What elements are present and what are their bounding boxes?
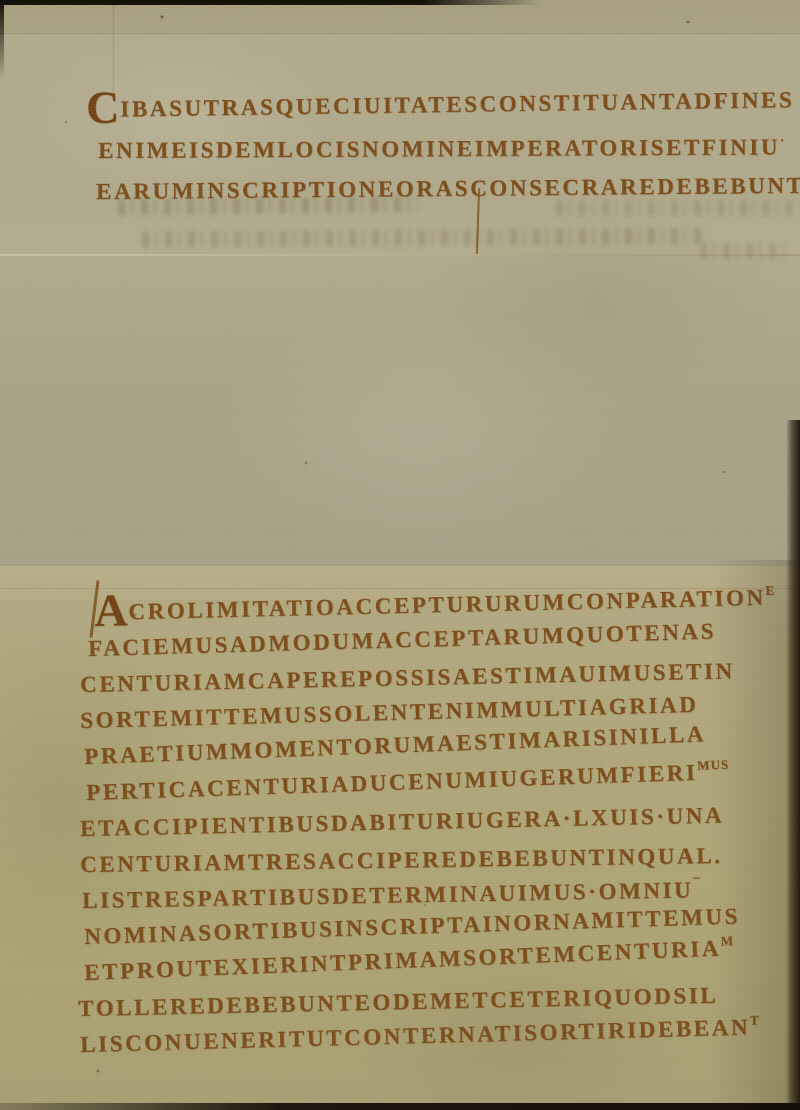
photo-edge-top [0, 0, 540, 5]
photo-edge-right [786, 420, 800, 1110]
photo-edge-bottom [0, 1103, 800, 1110]
parchment-grain [0, 0, 800, 1110]
manuscript-page: CIBASUTRASQUECIUITATESCONSTITUANTADFINES… [0, 0, 800, 1110]
photo-edge-left [0, 0, 4, 80]
